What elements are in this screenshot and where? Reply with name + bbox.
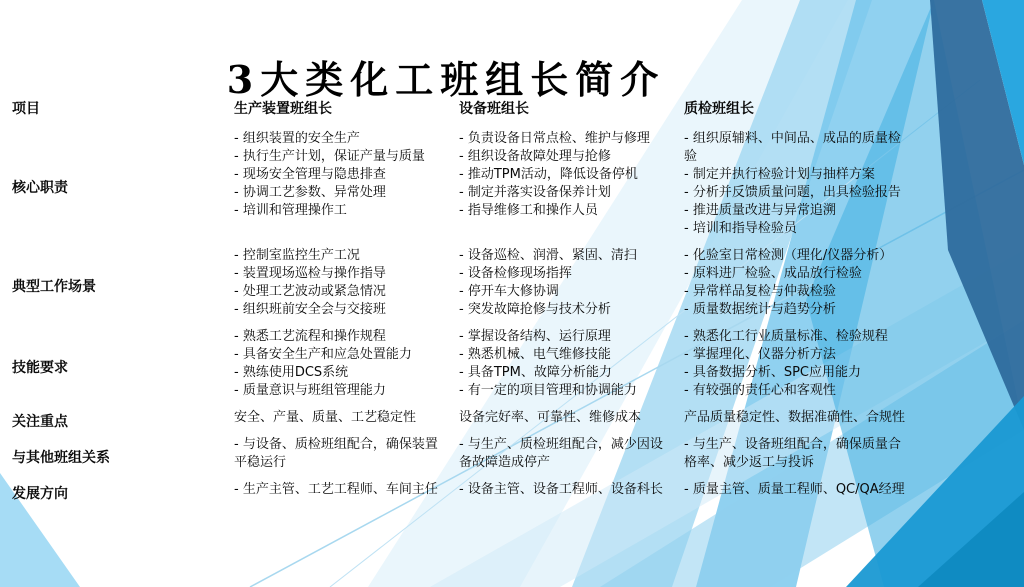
bullet-line: - 具备TPM、故障分析能力: [459, 364, 668, 382]
bullet-line: - 处理工艺波动或紧急情况: [234, 283, 443, 301]
slide-title: 3大类化工班组长简介: [0, 49, 892, 104]
cell-typical-scenarios-quality: - 化验室日常检测（理化/仪器分析）- 原料进厂检验、成品放行检验- 异常样品复…: [684, 245, 922, 326]
bullet-line: - 熟悉工艺流程和操作规程: [234, 328, 443, 346]
bullet-line: - 质量主管、质量工程师、QC/QA经理: [684, 481, 906, 499]
cell-core-duties-production: - 组织装置的安全生产- 执行生产计划，保证产量与质量- 现场安全管理与隐患排查…: [234, 128, 459, 245]
cell-key-focus-equipment: 设备完好率、可靠性、维修成本: [459, 407, 684, 434]
bullet-line: - 培训和指导检验员: [684, 220, 906, 238]
row-label-team-relations: 与其他班组关系: [12, 445, 234, 469]
bullet-line: - 与设备、质检班组配合，确保装置平稳运行: [234, 436, 443, 472]
cell-core-duties-equipment: - 负责设备日常点检、维护与修理- 组织设备故障处理与抢修- 推动TPM活动，降…: [459, 128, 684, 245]
row-label-core-duties: 核心职责: [12, 175, 234, 199]
bullet-line: - 推动TPM活动，降低设备停机: [459, 166, 668, 184]
bullet-line: - 控制室监控生产工况: [234, 247, 443, 265]
bullet-line: - 组织装置的安全生产: [234, 130, 443, 148]
bullet-line: - 化验室日常检测（理化/仪器分析）: [684, 247, 906, 265]
bullet-line: - 协调工艺参数、异常处理: [234, 184, 443, 202]
cell-skill-requirements-equipment: - 掌握设备结构、运行原理- 熟悉机械、电气维修技能- 具备TPM、故障分析能力…: [459, 326, 684, 407]
bullet-line: - 装置现场巡检与操作指导: [234, 265, 443, 283]
cell-career-direction-production: - 生产主管、工艺工程师、车间主任: [234, 479, 459, 506]
bullet-line: - 指导维修工和操作人员: [459, 202, 668, 220]
bullet-line: - 设备主管、设备工程师、设备科长: [459, 481, 668, 499]
cell-key-focus-production: 安全、产量、质量、工艺稳定性: [234, 407, 459, 434]
bullet-line: - 具备数据分析、SPC应用能力: [684, 364, 906, 382]
bullet-line: - 熟练使用DCS系统: [234, 364, 443, 382]
cell-career-direction-quality: - 质量主管、质量工程师、QC/QA经理: [684, 479, 922, 506]
bullet-line: - 组织班前安全会与交接班: [234, 301, 443, 319]
bullet-line: - 质量数据统计与趋势分析: [684, 301, 906, 319]
bullet-line: - 负责设备日常点检、维护与修理: [459, 130, 668, 148]
cell-core-duties-quality: - 组织原辅料、中间品、成品的质量检验- 制定并执行检验计划与抽样方案- 分析并…: [684, 128, 922, 245]
bullet-line: 安全、产量、质量、工艺稳定性: [234, 409, 443, 427]
bullet-line: - 制定并落实设备保养计划: [459, 184, 668, 202]
bullet-line: - 设备巡检、润滑、紧固、清扫: [459, 247, 668, 265]
bullet-line: - 现场安全管理与隐患排查: [234, 166, 443, 184]
row-label-skill-requirements: 技能要求: [12, 355, 234, 379]
row-label-career-direction: 发展方向: [12, 481, 234, 505]
bullet-line: - 异常样品复检与仲裁检验: [684, 283, 906, 301]
bullet-line: - 质量意识与班组管理能力: [234, 382, 443, 400]
row-label-key-focus: 关注重点: [12, 409, 234, 433]
bullet-line: - 执行生产计划，保证产量与质量: [234, 148, 443, 166]
cell-skill-requirements-quality: - 熟悉化工行业质量标准、检验规程- 掌握理化、仪器分析方法- 具备数据分析、S…: [684, 326, 922, 407]
bullet-line: - 组织原辅料、中间品、成品的质量检验: [684, 130, 906, 166]
bullet-line: - 与生产、设备班组配合，确保质量合格率、减少返工与投诉: [684, 436, 906, 472]
bullet-line: 设备完好率、可靠性、维修成本: [459, 409, 668, 427]
row-label-typical-scenarios: 典型工作场景: [12, 274, 234, 298]
cell-skill-requirements-production: - 熟悉工艺流程和操作规程- 具备安全生产和应急处置能力- 熟练使用DCS系统-…: [234, 326, 459, 407]
bullet-line: - 熟悉机械、电气维修技能: [459, 346, 668, 364]
bullet-line: - 掌握设备结构、运行原理: [459, 328, 668, 346]
cell-key-focus-quality: 产品质量稳定性、数据准确性、合规性: [684, 407, 922, 434]
bullet-line: - 组织设备故障处理与抢修: [459, 148, 668, 166]
bullet-line: - 掌握理化、仪器分析方法: [684, 346, 906, 364]
bullet-line: - 培训和管理操作工: [234, 202, 443, 220]
cell-typical-scenarios-equipment: - 设备巡检、润滑、紧固、清扫- 设备检修现场指挥- 停开车大修协调- 突发故障…: [459, 245, 684, 326]
cell-career-direction-equipment: - 设备主管、设备工程师、设备科长: [459, 479, 684, 506]
bullet-line: - 与生产、质检班组配合，减少因设备故障造成停产: [459, 436, 668, 472]
cell-team-relations-equipment: - 与生产、质检班组配合，减少因设备故障造成停产: [459, 434, 684, 479]
bullet-line: - 突发故障抢修与技术分析: [459, 301, 668, 319]
bullet-line: - 设备检修现场指挥: [459, 265, 668, 283]
bullet-line: - 停开车大修协调: [459, 283, 668, 301]
bullet-line: - 具备安全生产和应急处置能力: [234, 346, 443, 364]
leader-comparison-table: 项目 生产装置班组长 设备班组长 质检班组长 核心职责 - 组织装置的安全生产-…: [12, 94, 922, 506]
cell-typical-scenarios-production: - 控制室监控生产工况- 装置现场巡检与操作指导- 处理工艺波动或紧急情况- 组…: [234, 245, 459, 326]
bullet-line: - 熟悉化工行业质量标准、检验规程: [684, 328, 906, 346]
cell-team-relations-quality: - 与生产、设备班组配合，确保质量合格率、减少返工与投诉: [684, 434, 922, 479]
bullet-line: - 推进质量改进与异常追溯: [684, 202, 906, 220]
bullet-line: - 有较强的责任心和客观性: [684, 382, 906, 400]
bullet-line: 产品质量稳定性、数据准确性、合规性: [684, 409, 906, 427]
bullet-line: - 原料进厂检验、成品放行检验: [684, 265, 906, 283]
bullet-line: - 制定并执行检验计划与抽样方案: [684, 166, 906, 184]
cell-team-relations-production: - 与设备、质检班组配合，确保装置平稳运行: [234, 434, 459, 479]
bullet-line: - 有一定的项目管理和协调能力: [459, 382, 668, 400]
bullet-line: - 分析并反馈质量问题，出具检验报告: [684, 184, 906, 202]
bullet-line: - 生产主管、工艺工程师、车间主任: [234, 481, 443, 499]
